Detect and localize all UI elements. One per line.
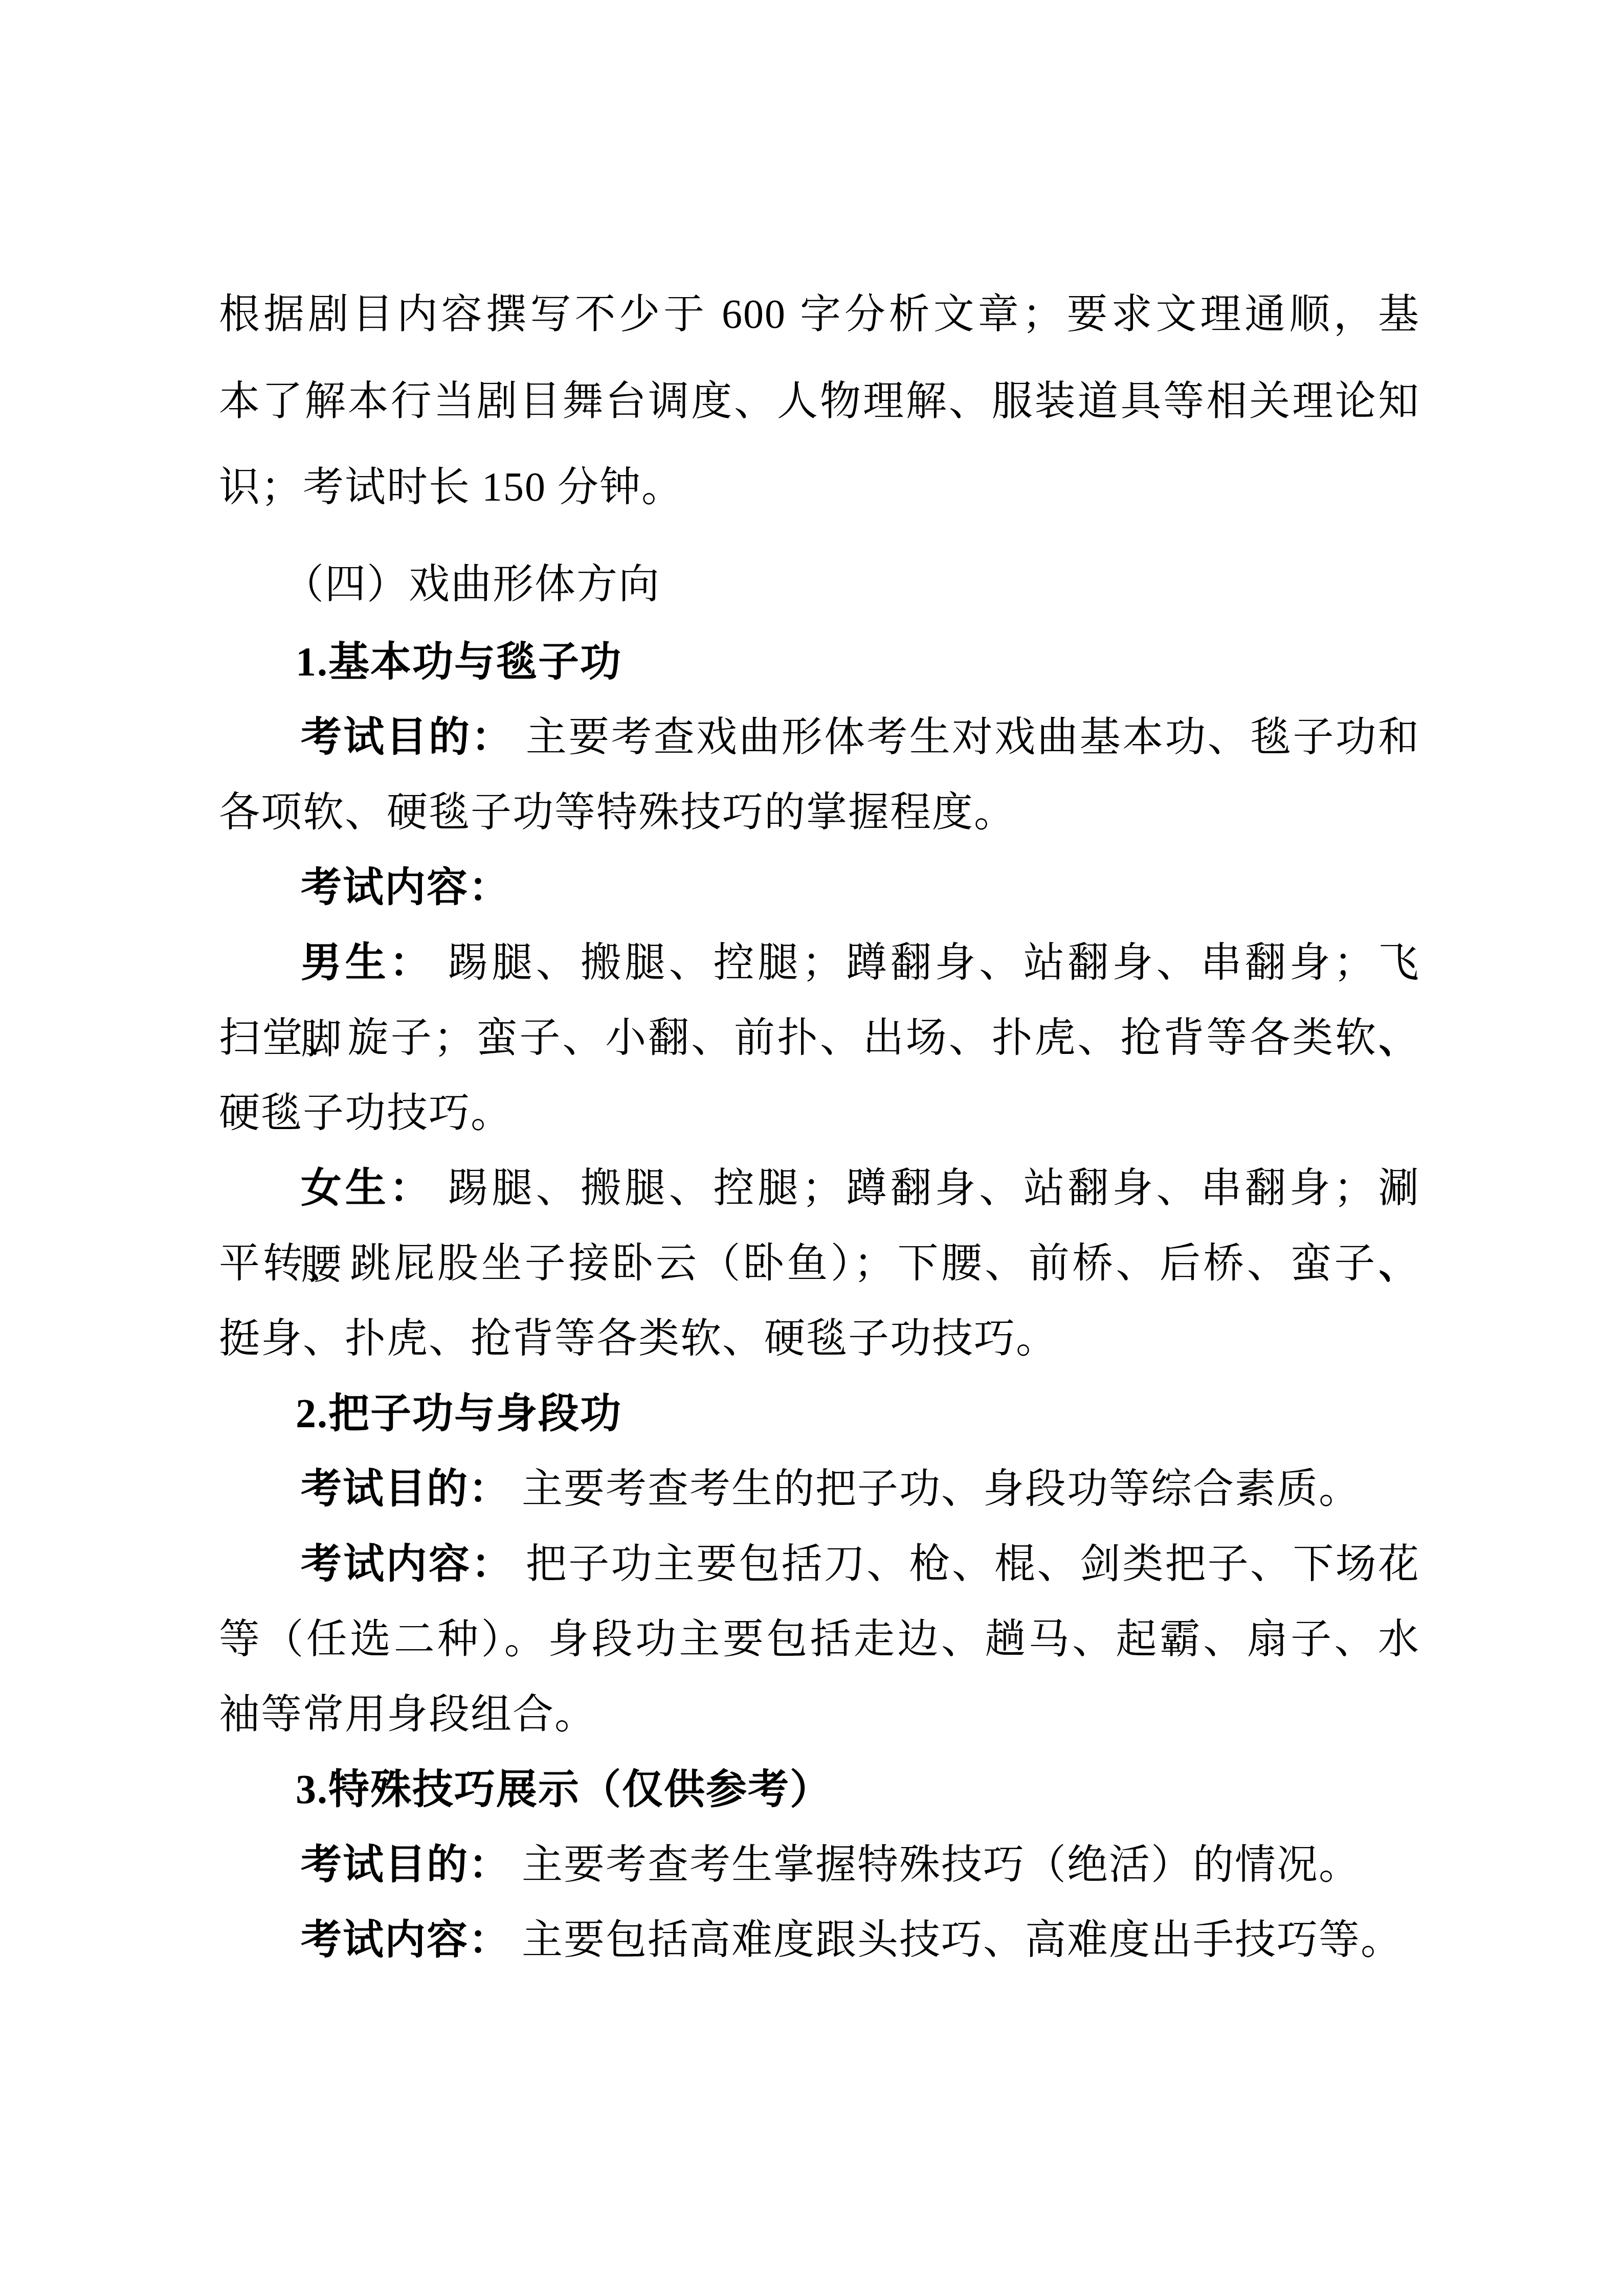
body-line: 考试内容： 主要包括高难度跟头技巧、高难度出手技巧等。 — [219, 1902, 1420, 1978]
body-line: 考试目的： 主要考查考生的把子功、身段功等综合素质。 — [219, 1451, 1420, 1527]
body-line: 考试目的： 主要考查考生掌握特殊技巧（绝活）的情况。 — [219, 1827, 1420, 1903]
field-label: 考试内容： — [301, 865, 510, 910]
body-text: 主要考查戏曲形体考生对戏曲基本功、毯子功和 — [526, 715, 1420, 760]
field-label: 考试目的： — [301, 1842, 510, 1887]
subsection-heading: 3.特殊技巧展示（仅供参考） — [219, 1751, 1420, 1828]
field-label: 考试目的： — [301, 1467, 510, 1512]
field-label: 考试内容： — [301, 1918, 510, 1963]
section-heading: （四）戏曲形体方向 — [219, 546, 1420, 623]
body-text: 主要考查考生掌握特殊技巧（绝活）的情况。 — [522, 1842, 1361, 1887]
body-text: 各项软、硬毯子功等特殊技巧的掌握程度。 — [219, 790, 1016, 835]
body-text: 根据剧目内容撰写不少于 600 字分析文章；要求文理通顺，基 — [219, 292, 1420, 337]
subsection-heading: 1.基本功与毯子功 — [219, 624, 1420, 701]
body-text: 识；考试时长 150 分钟。 — [219, 465, 683, 510]
body-text: 扫堂、旋子；蛮子、小翻、前扑、出场、扑虎、抢背等各类软、 — [219, 1016, 1420, 1061]
subsection-heading-text: 1.基本功与毯子功 — [296, 640, 622, 685]
body-line: 考试内容： 把子功主要包括刀、枪、棍、剑类把子、下场花 — [219, 1526, 1420, 1603]
body-line: 各项软、硬毯子功等特殊技巧的掌握程度。 — [219, 774, 1420, 851]
field-label: 女生： — [301, 1166, 434, 1211]
field-label: 考试内容： — [301, 1542, 514, 1587]
body-line: 根据剧目内容撰写不少于 600 字分析文章；要求文理通顺，基 — [219, 276, 1420, 353]
body-line: 挺身、扑虎、抢背等各类软、硬毯子功技巧。 — [219, 1300, 1420, 1377]
body-line: 本了解本行当剧目舞台调度、人物理解、服装道具等相关理论知 — [219, 363, 1420, 440]
document-page: 根据剧目内容撰写不少于 600 字分析文章；要求文理通顺，基 本了解本行当剧目舞… — [0, 0, 1624, 2296]
body-text: 主要包括高难度跟头技巧、高难度出手技巧等。 — [522, 1918, 1403, 1963]
body-text: 挺身、扑虎、抢背等各类软、硬毯子功技巧。 — [219, 1316, 1058, 1361]
subsection-heading-text: 2.把子功与身段功 — [296, 1391, 622, 1436]
subsection-heading-text: 3.特殊技巧展示（仅供参考） — [296, 1767, 832, 1812]
body-text: 主要考查考生的把子功、身段功等综合素质。 — [522, 1467, 1361, 1512]
body-line: 识；考试时长 150 分钟。 — [219, 449, 1420, 526]
subsection-heading: 2.把子功与身段功 — [219, 1376, 1420, 1452]
body-line: 扫堂、旋子；蛮子、小翻、前扑、出场、扑虎、抢背等各类软、 — [219, 1000, 1420, 1076]
body-text: 硬毯子功技巧。 — [219, 1091, 513, 1136]
body-line: 女生： 踢腿、搬腿、控腿；蹲翻身、站翻身、串翻身；涮腰、 — [219, 1150, 1420, 1227]
body-line: 袖等常用身段组合。 — [219, 1676, 1420, 1753]
body-line: 男生： 踢腿、搬腿、控腿；蹲翻身、站翻身、串翻身；飞脚、 — [219, 925, 1420, 1001]
body-line: 平转、跳屁股坐子接卧云（卧鱼）；下腰、前桥、后桥、蛮子、 — [219, 1225, 1420, 1302]
body-line: 硬毯子功技巧。 — [219, 1075, 1420, 1152]
body-text: 把子功主要包括刀、枪、棍、剑类把子、下场花 — [526, 1542, 1420, 1587]
body-line: 等（任选二种）。身段功主要包括走边、趟马、起霸、扇子、水 — [219, 1601, 1420, 1678]
body-text: 本了解本行当剧目舞台调度、人物理解、服装道具等相关理论知 — [219, 379, 1420, 424]
body-text: 袖等常用身段组合。 — [219, 1692, 596, 1737]
body-text: 平转、跳屁股坐子接卧云（卧鱼）；下腰、前桥、后桥、蛮子、 — [219, 1241, 1420, 1286]
field-label: 男生： — [301, 940, 434, 985]
body-text: 等（任选二种）。身段功主要包括走边、趟马、起霸、扇子、水 — [219, 1617, 1420, 1662]
field-label: 考试目的： — [301, 715, 514, 760]
body-line: 考试目的： 主要考查戏曲形体考生对戏曲基本功、毯子功和 — [219, 699, 1420, 776]
body-line: 考试内容： — [219, 849, 1420, 926]
section-heading-text: （四）戏曲形体方向 — [283, 562, 660, 607]
